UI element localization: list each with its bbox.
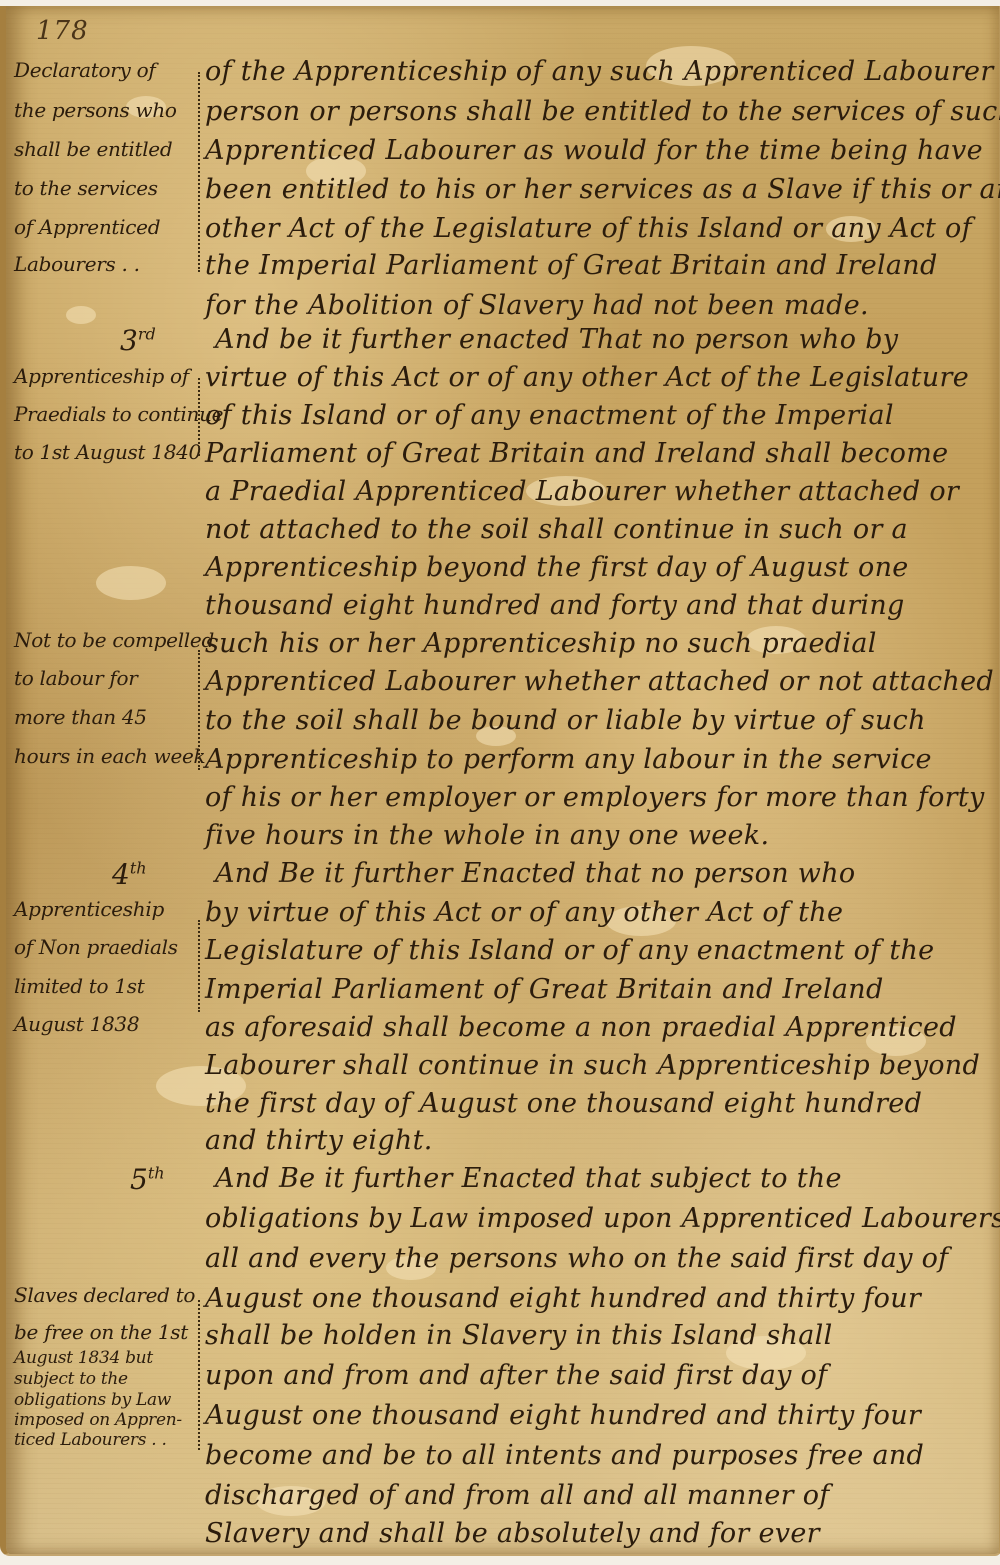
body-line: person or persons shall be entitled to t… [205, 96, 1000, 127]
body-line: as aforesaid shall become a non praedial… [205, 1012, 957, 1043]
margin-line: Declaratory of [14, 58, 155, 82]
margin-line: August 1838 [14, 1012, 139, 1036]
margin-line: to the services [14, 176, 158, 200]
section-number-5: 5th [130, 1163, 165, 1196]
body-line: all and every the persons who on the sai… [205, 1243, 948, 1274]
page-number: 178 [36, 16, 89, 46]
body-line: shall be holden in Slavery in this Islan… [205, 1320, 833, 1351]
margin-line: Praedials to continue [14, 402, 223, 426]
margin-line: the persons who [14, 98, 177, 122]
margin-line: imposed on Appren- [14, 1410, 182, 1430]
body-line: the Imperial Parliament of Great Britain… [205, 250, 938, 281]
body-line: Apprenticeship beyond the first day of A… [205, 552, 909, 583]
body-line: such his or her Apprenticeship no such p… [205, 628, 877, 659]
body-line: Apprenticeship to perform any labour in … [205, 744, 932, 775]
body-line: and thirty eight. [205, 1125, 433, 1156]
body-line: become and be to all intents and purpose… [205, 1440, 924, 1471]
body-line: Apprenticed Labourer whether attached or… [205, 666, 994, 697]
body-line: five hours in the whole in any one week. [205, 820, 769, 851]
margin-line: hours in each week [14, 744, 205, 768]
body-line: a Praedial Apprenticed Labourer whether … [205, 476, 959, 507]
margin-line: Apprenticeship [14, 897, 164, 921]
body-line: August one thousand eight hundred and th… [205, 1400, 921, 1431]
body-line: Imperial Parliament of Great Britain and… [205, 974, 884, 1005]
body-line: of the Apprenticeship of any such Appren… [205, 56, 1000, 87]
section-number-4: 4th [112, 858, 147, 891]
body-line: And Be it further Enacted that subject t… [215, 1163, 842, 1194]
margin-line: be free on the 1st [14, 1320, 188, 1344]
body-line: thousand eight hundred and forty and tha… [205, 590, 905, 621]
body-line: for the Abolition of Slavery had not bee… [205, 290, 869, 321]
body-line: discharged of and from all and all manne… [205, 1480, 830, 1511]
body-line: of his or her employer or employers for … [205, 782, 985, 813]
body-line: by virtue of this Act or of any other Ac… [205, 897, 843, 928]
body-line: not attached to the soil shall continue … [205, 514, 908, 545]
margin-line: obligations by Law [14, 1390, 171, 1410]
margin-line: August 1834 but [14, 1348, 153, 1368]
margin-line: Not to be compelled [14, 628, 214, 652]
body-line: upon and from and after the said first d… [205, 1360, 827, 1391]
margin-line: shall be entitled [14, 137, 172, 161]
margin-line: subject to the [14, 1369, 128, 1389]
body-line: of this Island or of any enactment of th… [205, 400, 894, 431]
margin-line: Apprenticeship of [14, 364, 189, 388]
margin-line: to 1st August 1840 [14, 440, 201, 464]
body-line: the first day of August one thousand eig… [205, 1088, 922, 1119]
body-line: And Be it further Enacted that no person… [215, 858, 855, 889]
margin-line: limited to 1st [14, 974, 144, 998]
body-line: Slavery and shall be absolutely and for … [205, 1518, 820, 1549]
margin-line: of Non praedials [14, 935, 178, 959]
body-line: Apprenticed Labourer as would for the ti… [205, 135, 983, 166]
body-line: been entitled to his or her services as … [205, 174, 1000, 205]
body-line: to the soil shall be bound or liable by … [205, 705, 926, 736]
margin-line: Labourers . . [14, 252, 140, 276]
body-line: obligations by Law imposed upon Apprenti… [205, 1203, 1000, 1234]
margin-line: of Apprenticed [14, 215, 160, 239]
section-number-3: 3rd [120, 324, 156, 357]
margin-line: more than 45 [14, 705, 147, 729]
body-line: other Act of the Legislature of this Isl… [205, 213, 972, 244]
margin-line: ticed Labourers . . [14, 1430, 167, 1450]
margin-line: to labour for [14, 666, 138, 690]
margin-line: Slaves declared to [14, 1283, 195, 1307]
body-line: virtue of this Act or of any other Act o… [205, 362, 969, 393]
body-line: Labourer shall continue in such Apprenti… [205, 1050, 980, 1081]
body-line: Legislature of this Island or of any ena… [205, 935, 934, 966]
foxing-spot [66, 306, 96, 324]
body-line: August one thousand eight hundred and th… [205, 1283, 921, 1314]
foxing-spot [96, 566, 166, 600]
body-line: And be it further enacted That no person… [215, 324, 898, 355]
body-line: Parliament of Great Britain and Ireland … [205, 438, 948, 469]
